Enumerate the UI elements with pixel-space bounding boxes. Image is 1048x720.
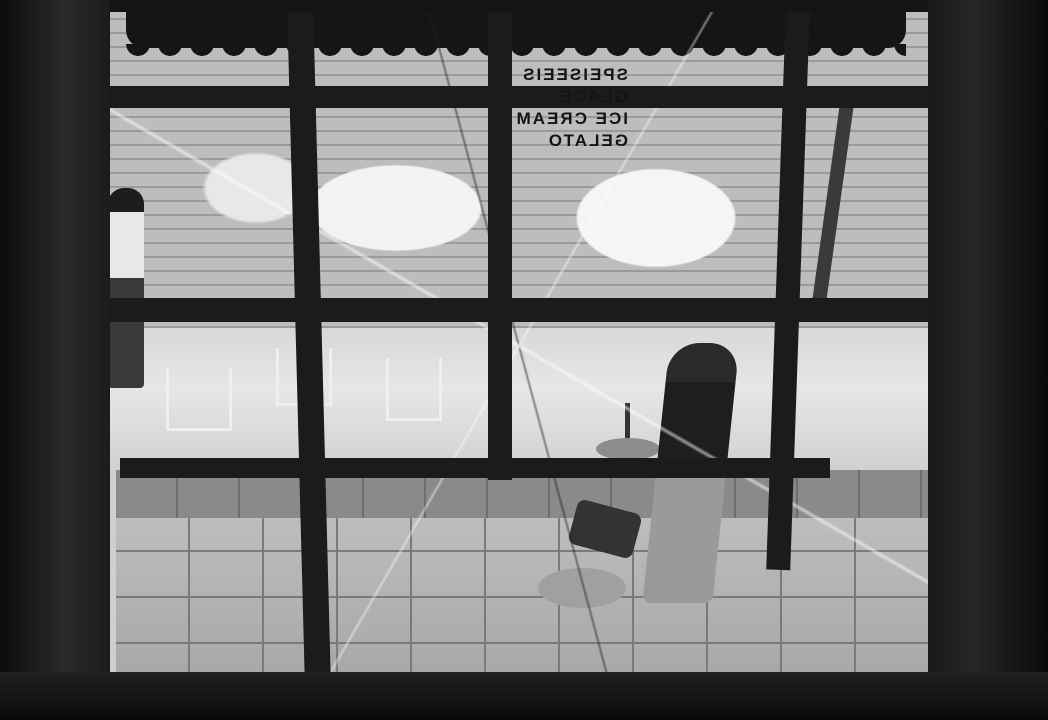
umbrella-pole (625, 403, 630, 443)
frame-top (0, 0, 1048, 12)
metal-chair (166, 368, 232, 431)
sign-line: ICE CREAM (488, 108, 628, 130)
umbrella-stand (596, 438, 660, 460)
sign-line: SPEISEEIS (488, 64, 628, 86)
metal-chair (386, 358, 442, 421)
tiled-patio (116, 518, 936, 684)
photograph: SPEISEEIS GLACE ICE CREAM GELATO (0, 0, 1048, 720)
umbrella-base (538, 568, 626, 608)
sign-line: GLACE (488, 86, 628, 108)
window-crossbar-middle (104, 298, 940, 322)
frame-left (0, 0, 110, 720)
mirrored-window-sign: SPEISEEIS GLACE ICE CREAM GELATO (488, 64, 628, 152)
frame-bottom (0, 672, 1048, 720)
sign-line: GELATO (488, 130, 628, 152)
person-standing (108, 188, 144, 388)
frame-right (928, 0, 1048, 720)
window-crossbar-lower (120, 458, 830, 478)
